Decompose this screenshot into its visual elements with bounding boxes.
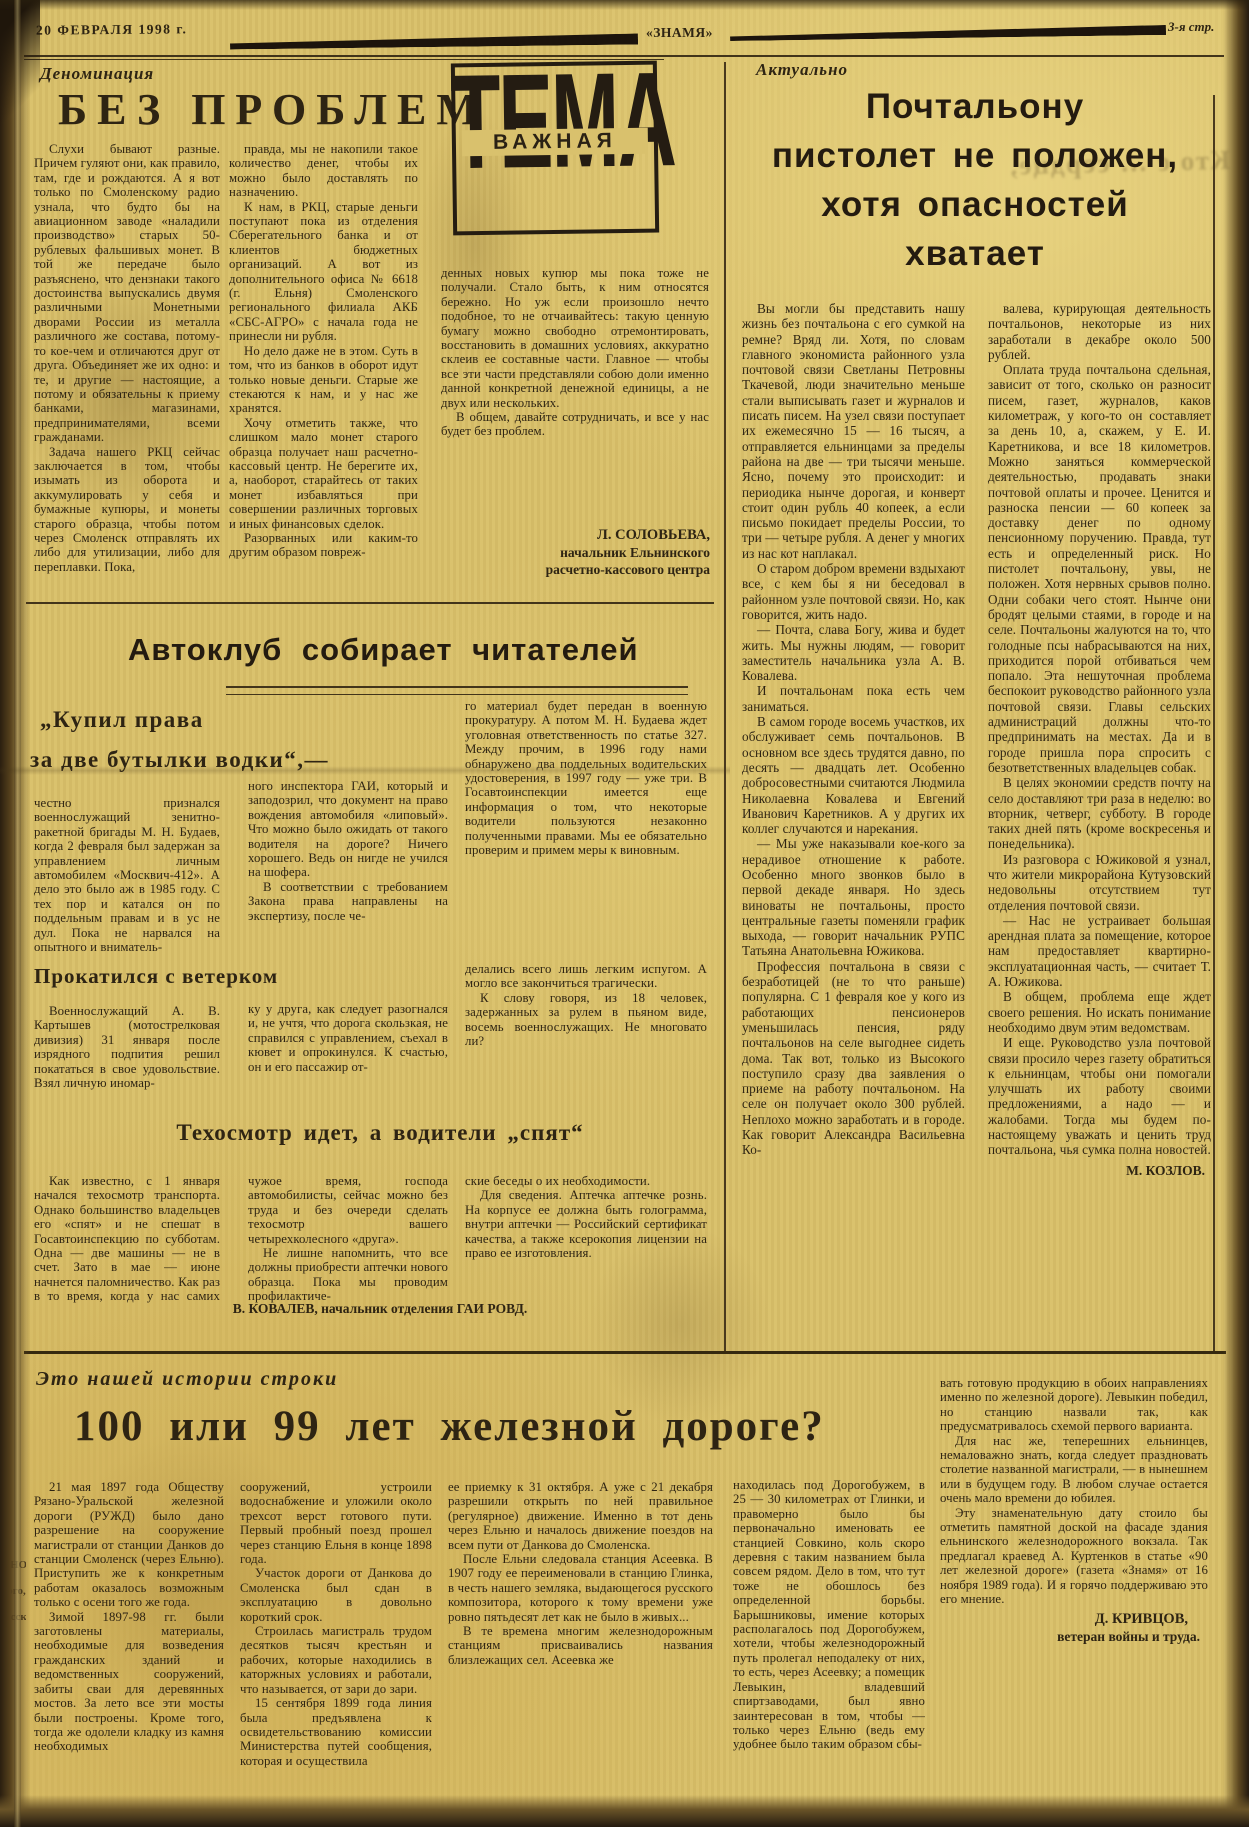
- kupil-col2: ного инспектора ГАИ, который и заподозри…: [248, 779, 448, 971]
- header-bar-right: [730, 25, 1166, 41]
- autoclub-double-rule: [226, 686, 688, 695]
- railway-col3: ее приемку к 31 октября. А уже с 21 дека…: [448, 1480, 713, 1798]
- postman-col2: валева, курирующая деятельность почтальо…: [988, 301, 1211, 1158]
- vazhnaya-tema-badge: ТЕМА ВАЖНАЯ: [451, 61, 659, 236]
- denomination-col3: денных новых купюр мы пока тоже не получ…: [441, 266, 709, 522]
- badge-overlay-word: ВАЖНАЯ: [462, 128, 648, 157]
- page-number: 3-я стр.: [1168, 19, 1214, 35]
- fold-crease-vertical: [14, 0, 21, 1827]
- railway-headline: 100 или 99 лет железной дороге?: [74, 1402, 825, 1451]
- railway-byline-name: Д. КРИВЦОВ,: [940, 1611, 1208, 1628]
- right-edge-rule: [1213, 95, 1215, 1352]
- column-divider: [724, 62, 726, 1352]
- scan-edge-top: [0, 0, 1249, 10]
- section-divider-rule: [24, 1351, 1226, 1354]
- postman-col1: Вы могли бы представить нашу жизнь без п…: [742, 301, 965, 1349]
- prokatilsya-col2: ку у друга, как следует разогнался и, не…: [248, 1002, 448, 1120]
- postman-kicker: Актуально: [756, 60, 848, 80]
- denomination-col2: правда, мы не накопили такое количество …: [229, 142, 418, 590]
- badge-word: ТЕМА: [450, 43, 660, 197]
- tehosmotr-col2: чужое время, господа автомобилисты, сейч…: [248, 1174, 448, 1304]
- kupil-head-line: „Купил права: [30, 700, 329, 740]
- postman-headline-line: хотя опасностей: [736, 180, 1214, 229]
- autoclub-top-rule: [26, 602, 714, 604]
- postman-byline: М. КОЗЛОВ.: [988, 1162, 1211, 1179]
- postman-headline-line: Почтальону: [736, 82, 1214, 131]
- railway-kicker: Это нашей истории строки: [36, 1368, 338, 1391]
- railway-col1: 21 мая 1897 года Обществу Рязано-Уральск…: [34, 1480, 224, 1798]
- postman-headline-line: хватает: [736, 229, 1214, 278]
- kupil-col1: честно признался военнослужащий зенитно-…: [34, 796, 220, 974]
- autoclub-headline: Автоклуб собирает читателей: [128, 632, 639, 668]
- railway-col2: сооружений, устроили водоснабжение и уло…: [240, 1480, 432, 1798]
- byline-name: Л. СОЛОВЬЕВА,: [420, 527, 710, 544]
- scan-edge-bottom: [0, 1795, 1249, 1827]
- railway-col5: вать готовую продукцию в обоих направлен…: [940, 1376, 1208, 1607]
- railway-col5-wrap: вать готовую продукцию в обоих направлен…: [940, 1376, 1208, 1645]
- prokatilsya-col1: Военнослужащий А. В. Картышев (мотострел…: [34, 1004, 220, 1118]
- scan-edge-right: [1223, 0, 1249, 1827]
- denomination-headline: БЕЗ ПРОБЛЕМ: [58, 84, 488, 135]
- kupil-col3: го материал будет передан в военную прок…: [465, 699, 707, 959]
- postman-headline: Почтальону пистолет не положен, хотя опа…: [736, 82, 1214, 278]
- tehosmotr-headline: Техосмотр идет, а водители „спят“: [120, 1120, 640, 1146]
- denomination-kicker: Деноминация: [40, 64, 154, 84]
- prokatilsya-col3: делались всего лишь легким испугом. А мо…: [465, 962, 707, 1120]
- denomination-col1: Слухи бывают разные. Причем гуляют они, …: [34, 142, 220, 594]
- newspaper-page: Кто с … сердце, 20 ФЕВРАЛЯ 1998 г. «ЗНАМ…: [0, 0, 1249, 1827]
- header-date: 20 ФЕВРАЛЯ 1998 г.: [36, 21, 187, 38]
- tehosmotr-byline: В. КОВАЛЕВ, начальник отделения ГАИ РОВД…: [120, 1300, 640, 1317]
- railway-byline-role: ветеран войны и труда.: [940, 1628, 1208, 1645]
- prokatilsya-headline: Прокатился с ветерком: [34, 964, 278, 989]
- fold-crease-horizontal: [0, 766, 730, 775]
- byline-role: расчетно-кассового центра: [420, 561, 710, 578]
- postman-headline-line: пистолет не положен,: [736, 131, 1214, 180]
- tehosmotr-col1: Как известно, с 1 января начался техосмо…: [34, 1174, 220, 1304]
- masthead-title: «ЗНАМЯ»: [646, 25, 713, 41]
- railway-col4: находилась под Дорогобужем, в 25 — 30 ки…: [733, 1478, 925, 1798]
- tehosmotr-col3: ские беседы о их необходимости.Для сведе…: [465, 1174, 707, 1286]
- denomination-byline: Л. СОЛОВЬЕВА, начальник Ельнинского расч…: [420, 527, 710, 578]
- byline-role: начальник Ельнинского: [420, 544, 710, 561]
- postman-col2-wrap: валева, курирующая деятельность почтальо…: [988, 301, 1211, 1179]
